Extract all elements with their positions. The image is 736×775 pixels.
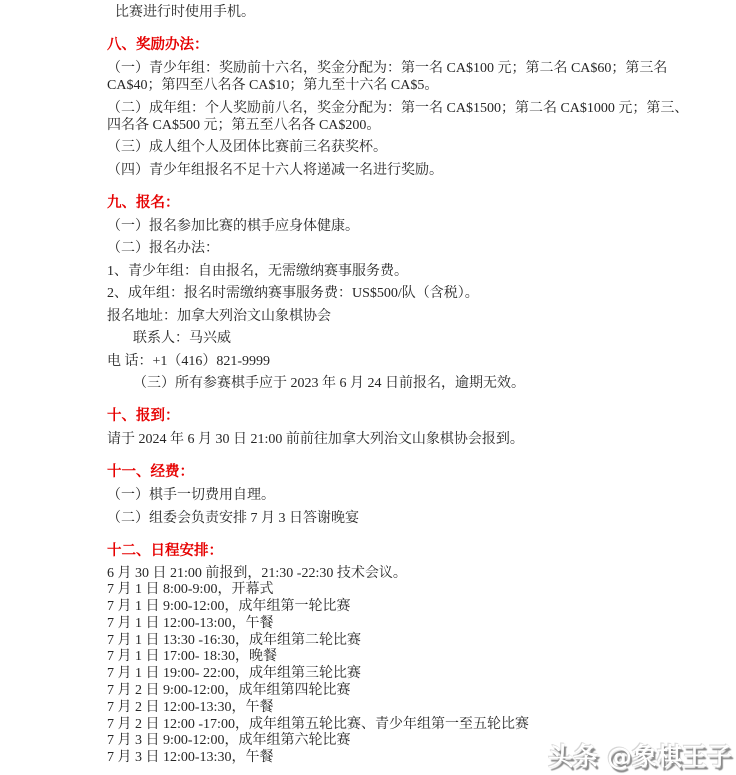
schedule-line: 7 月 1 日 13:30 -16:30，成年组第二轮比赛 xyxy=(107,633,698,650)
schedule-line: 7 月 1 日 8:00-9:00，开幕式 xyxy=(107,582,698,599)
document-body: 比赛进行时使用手机。 八、奖励办法： （一）青少年组：奖励前十六名，奖金分配为：… xyxy=(0,0,736,767)
awards-item: （二）成年组：个人奖励前八名，奖金分配为：第一名 CA$1500；第二名 CA$… xyxy=(107,100,698,134)
schedule-line: 7 月 1 日 9:00-12:00，成年组第一轮比赛 xyxy=(107,599,698,616)
expenses-item: （一）棋手一切费用自理。 xyxy=(107,487,698,504)
intro-continuation-line: 比赛进行时使用手机。 xyxy=(115,4,698,21)
section-heading-awards: 八、奖励办法： xyxy=(107,37,698,54)
schedule-line: 7 月 1 日 17:00- 18:30，晚餐 xyxy=(107,649,698,666)
toutiao-watermark: 头条 @象棋王子 xyxy=(548,737,732,773)
section-registration: 九、报名： （一）报名参加比赛的棋手应身体健康。 （二）报名办法： 1、青少年组… xyxy=(107,195,698,393)
section-awards: 八、奖励办法： （一）青少年组：奖励前十六名，奖金分配为：第一名 CA$100 … xyxy=(107,37,698,179)
registration-address: 报名地址：加拿大列治文山象棋协会 xyxy=(107,308,698,325)
expenses-item: （二）组委会负责安排 7 月 3 日答谢晚宴 xyxy=(107,510,698,527)
awards-item: （三）成人组个人及团体比赛前三名获奖杯。 xyxy=(107,139,698,156)
section-heading-registration: 九、报名： xyxy=(107,195,698,212)
schedule-line: 7 月 2 日 12:00-13:30，午餐 xyxy=(107,700,698,717)
section-heading-expenses: 十一、经费： xyxy=(107,464,698,481)
document-page: 比赛进行时使用手机。 八、奖励办法： （一）青少年组：奖励前十六名，奖金分配为：… xyxy=(0,0,736,775)
registration-phone: 电 话：+1（416）821-9999 xyxy=(107,353,698,370)
awards-item: （一）青少年组：奖励前十六名，奖金分配为：第一名 CA$100 元；第二名 CA… xyxy=(107,60,698,94)
section-heading-checkin: 十、报到： xyxy=(107,408,698,425)
awards-item: （四）青少年组报名不足十六人将递减一名进行奖励。 xyxy=(107,162,698,179)
section-expenses: 十一、经费： （一）棋手一切费用自理。 （二）组委会负责安排 7 月 3 日答谢… xyxy=(107,464,698,527)
registration-contact: 联系人：马兴威 xyxy=(133,330,698,347)
schedule-line: 7 月 2 日 12:00 -17:00，成年组第五轮比赛、青少年组第一至五轮比… xyxy=(107,717,698,734)
section-schedule: 十二、日程安排： 6 月 30 日 21:00 前报到，21:30 -22:30… xyxy=(107,543,698,768)
registration-item: （二）报名办法： xyxy=(107,240,698,257)
schedule-line: 7 月 1 日 12:00-13:00，午餐 xyxy=(107,616,698,633)
schedule-line: 7 月 2 日 9:00-12:00，成年组第四轮比赛 xyxy=(107,683,698,700)
section-heading-schedule: 十二、日程安排： xyxy=(107,543,698,560)
registration-item: 2、成年组：报名时需缴纳赛事服务费：US$500/队（含税）。 xyxy=(107,285,698,302)
registration-item: 1、青少年组：自由报名，无需缴纳赛事服务费。 xyxy=(107,263,698,280)
schedule-line: 6 月 30 日 21:00 前报到，21:30 -22:30 技术会议。 xyxy=(107,566,698,583)
section-checkin: 十、报到： 请于 2024 年 6 月 30 日 21:00 前前往加拿大列治文… xyxy=(107,408,698,448)
schedule-line: 7 月 1 日 19:00- 22:00，成年组第三轮比赛 xyxy=(107,666,698,683)
registration-deadline: （三）所有参赛棋手应于 2023 年 6 月 24 日前报名，逾期无效。 xyxy=(133,375,698,392)
registration-item: （一）报名参加比赛的棋手应身体健康。 xyxy=(107,218,698,235)
checkin-item: 请于 2024 年 6 月 30 日 21:00 前前往加拿大列治文山象棋协会报… xyxy=(107,431,698,448)
